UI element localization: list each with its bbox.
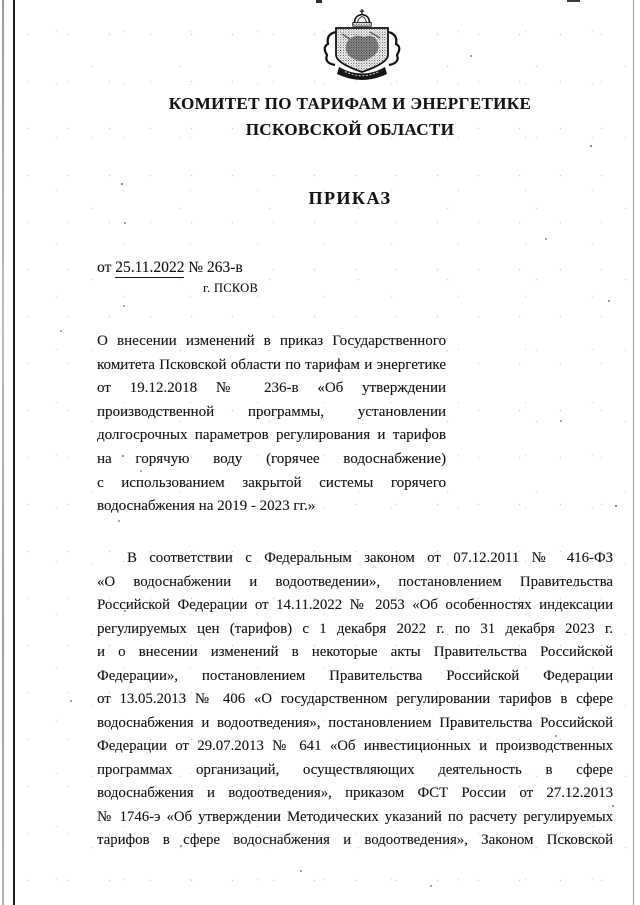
body-line: регулируемых цен (тарифов) с 1 декабря 2… (97, 618, 613, 642)
scan-artifact-top-dash (567, 0, 580, 2)
body-line: № 1746-э «Об утверждении Методических ук… (97, 806, 613, 830)
date-prefix: от (97, 259, 111, 276)
doc-number: № 263-в (188, 259, 242, 276)
subject-line: с использованием закрытой системы горяче… (97, 472, 446, 496)
doc-title: ПРИКАЗ (60, 186, 640, 210)
body-line: и о внесении изменений в некоторые акты … (97, 641, 613, 665)
subject-line: долгосрочных параметров регулирования и … (97, 424, 446, 448)
subject-line: комитета Псковской области по тарифам и … (97, 354, 446, 378)
subject-line: на горячую воду (горячее водоснабжение) (97, 448, 446, 472)
subject-line: от 19.12.2018 № 236-в «Об утверждении (97, 377, 446, 401)
body-line: В соответствии с Федеральным законом от … (97, 547, 613, 571)
body-line: водоснабжения и водоотведения», постанов… (97, 712, 613, 736)
body-line: тарифов в сфере водоснабжения и водоотве… (97, 829, 613, 853)
subject-line: водоснабжения на 2019 - 2023 гг.» (97, 495, 446, 519)
date-number-line: от 25.11.2022 № 263-в (97, 257, 243, 279)
body-line: Российской Федерации от 14.11.2022 № 205… (97, 594, 613, 618)
body-line: Федерации», постановлением Правительства… (97, 665, 613, 689)
scan-noise-specks (0, 0, 2, 2)
body-line: «О водоснабжении и водоотведении», поста… (97, 571, 613, 595)
subject-paragraph: О внесении изменений в приказ Государств… (97, 330, 446, 519)
subject-line: О внесении изменений в приказ Государств… (97, 330, 446, 354)
city-label: г. ПСКОВ (203, 280, 258, 296)
coat-of-arms-pskov-oblast-icon (314, 8, 410, 82)
scan-artifact-left-gray-line (2, 0, 4, 905)
scanned-document-page: КОМИТЕТ ПО ТАРИФАМ И ЭНЕРГЕТИКЕ ПСКОВСКО… (0, 0, 640, 905)
scan-artifact-top-dash (316, 0, 322, 3)
org-name-line-2: ПСКОВСКОЙ ОБЛАСТИ (60, 117, 640, 143)
body-paragraph: В соответствии с Федеральным законом от … (97, 547, 613, 853)
body-line: от 13.05.2013 № 406 «О государственном р… (97, 688, 613, 712)
body-line: Федерации от 29.07.2013 № 641 «Об инвест… (97, 735, 613, 759)
org-name-line-1: КОМИТЕТ ПО ТАРИФАМ И ЭНЕРГЕТИКЕ (60, 91, 640, 117)
date-value: 25.11.2022 (115, 259, 184, 278)
subject-line: производственной программы, установлении (97, 401, 446, 425)
body-line: водоснабжения и водоотведения», приказом… (97, 782, 613, 806)
scan-artifact-left-black-line (13, 0, 15, 905)
org-name: КОМИТЕТ ПО ТАРИФАМ И ЭНЕРГЕТИКЕ ПСКОВСКО… (60, 91, 640, 143)
body-line: программах организаций, осуществляющих д… (97, 759, 613, 783)
